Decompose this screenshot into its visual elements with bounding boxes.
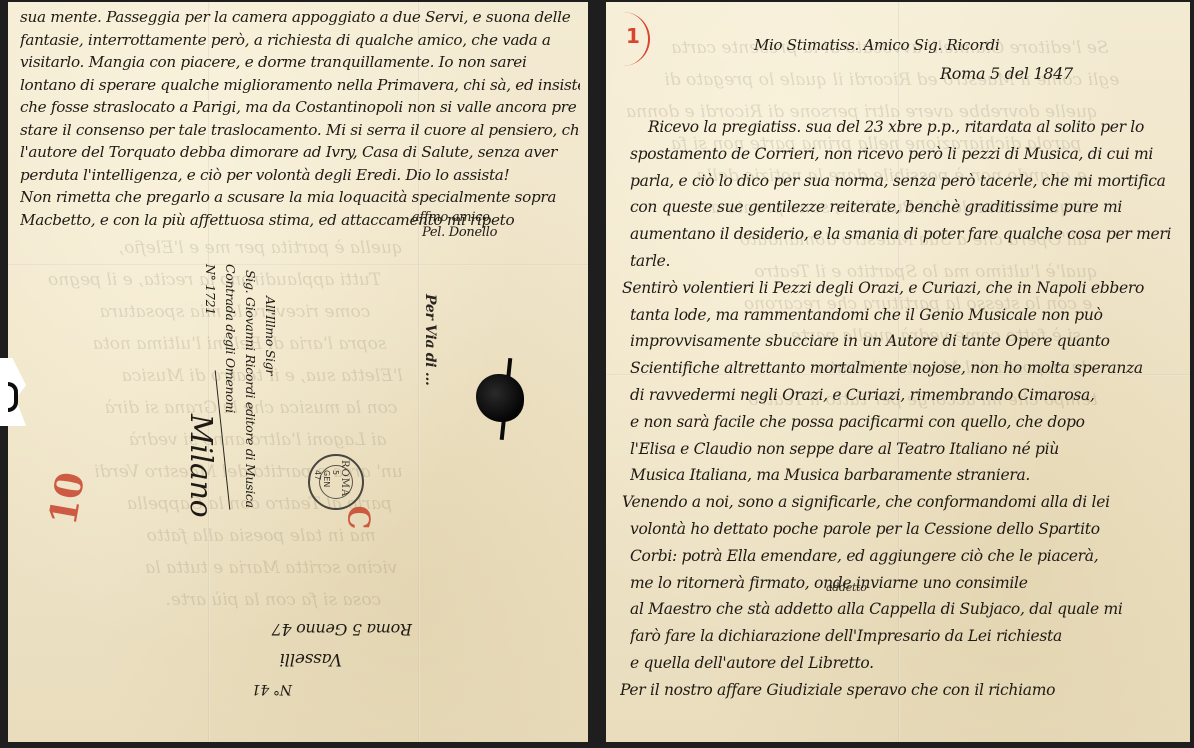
salutation: Mio Stimatiss. Amico Sig. Ricordi [754, 36, 999, 54]
catalog-number: 1 [626, 24, 640, 48]
text-line: Sentirò volentieri li Pezzi degli Orazi,… [622, 275, 1190, 302]
text-line: volontà ho dettato poche parole per la C… [630, 516, 1190, 543]
text-line: tarle. [630, 248, 1190, 275]
left-page: quella è partita per me e l'Elefio, Tutt… [8, 2, 588, 742]
address-block: All'Illmo Sigr Sig. Giovanni Ricordi edi… [8, 264, 188, 494]
address-line: Sig. Giovanni Ricordi editore di Musica [240, 270, 260, 508]
address-line: N° 1721 [200, 264, 220, 315]
text-line: Ricevo la pregiatiss. sua del 23 xbre p.… [630, 114, 1190, 141]
postmark-city: ROMA [339, 460, 350, 497]
wax-seal [476, 374, 524, 422]
address-city: Milano [190, 414, 210, 517]
text-line: Scientifiche altrettanto mortalmente noj… [630, 355, 1190, 382]
text-line: di ravvedermi negli Orazi, e Curiazi, ri… [630, 382, 1190, 409]
postmark-date: 5 GEN 47 [313, 470, 340, 492]
document-viewer: quella è partita per me e l'Elefio, Tutt… [0, 0, 1194, 748]
right-page: Se l'editore Giannelli avvocato di la pr… [606, 2, 1190, 742]
text-line: lontano di sperare qualche miglioramento… [20, 74, 580, 97]
letter-body-continuation: sua mente. Passeggia per la camera appog… [20, 6, 580, 231]
docket-number: N° 41 [222, 674, 412, 704]
text-line: visitarlo. Mangia con piacere, e dorme t… [20, 51, 580, 74]
docket-note: N° 41 Vasselli Roma 5 Genno 47 [222, 614, 412, 704]
text-line: farò fare la dichiarazione dell'Impresar… [630, 623, 1190, 650]
text-line: fantasie, interrottamente però, a richie… [20, 29, 580, 52]
docket-date: Roma 5 Genno 47 [222, 614, 412, 644]
red-postage-mark: 10 [40, 469, 94, 529]
text-line: sua mente. Passeggia per la camera appog… [20, 6, 580, 29]
closing: affmo amico [412, 210, 497, 225]
docket-sender: Vasselli [222, 644, 412, 674]
interlinear-insertion: addetto [826, 581, 867, 594]
text-line: spostamento de Corrieri, non ricevo però… [630, 141, 1190, 168]
text-line: Musica Italiana, ma Musica barbaramente … [630, 462, 1190, 489]
letter-body: Ricevo la pregiatiss. sua del 23 xbre p.… [630, 114, 1190, 704]
text-line: e non sarà facile che possa pacificarmi … [630, 409, 1190, 436]
text-line: Corbi: potrà Ella emendare, ed aggiunger… [630, 543, 1190, 570]
text-line: l'Elisa e Claudio non seppe dare al Teat… [630, 436, 1190, 463]
text-line: stare il consenso per tale traslocamento… [20, 119, 580, 142]
red-postage-mark: C [340, 506, 375, 530]
text-line: Venendo a noi, sono a significarle, che … [622, 489, 1190, 516]
catalog-number-mark: 1 [620, 12, 650, 66]
text-line: aumentano il desiderio, e la smania di p… [630, 221, 1190, 248]
text-line: me lo ritornerà firmato, onde inviarne u… [630, 570, 1190, 597]
text-line: parla, e ciò lo dico per sua norma, senz… [630, 168, 1190, 195]
postmark-stamp: ROMA 5 GEN 47 [308, 454, 364, 510]
signature: Pel. Donello [412, 225, 497, 240]
handwritten-route-mark: Per Via di ... [422, 294, 438, 386]
signoff: affmo amico Pel. Donello [412, 210, 497, 240]
text-line: al Maestro che stà addetto alla Cappella… [630, 596, 1190, 623]
text-line: Per il nostro affare Giudiziale speravo … [620, 677, 1190, 704]
text-line: improvvisamente sbucciare in un Autore d… [630, 328, 1190, 355]
text-line: che fosse straslocato a Parigi, ma da Co… [20, 96, 580, 119]
text-line: l'autore del Torquato debba dimorare ad … [20, 141, 580, 164]
address-line: Contrada degli Omenoni [220, 264, 240, 413]
date-line: Roma 5 del 1847 [940, 64, 1073, 83]
text-line: perduta l'intelligenza, e ciò per volont… [20, 164, 580, 187]
text-line: e quella dell'autore del Libretto. [630, 650, 1190, 677]
text-line: Non rimetta che pregarlo a scusare la mi… [20, 186, 580, 209]
address-line: All'Illmo Sigr [260, 296, 280, 375]
text-line: tanta lode, ma rammentandomi che il Geni… [630, 302, 1190, 329]
text-line: con queste sue gentilezze reiterate, ben… [630, 194, 1190, 221]
